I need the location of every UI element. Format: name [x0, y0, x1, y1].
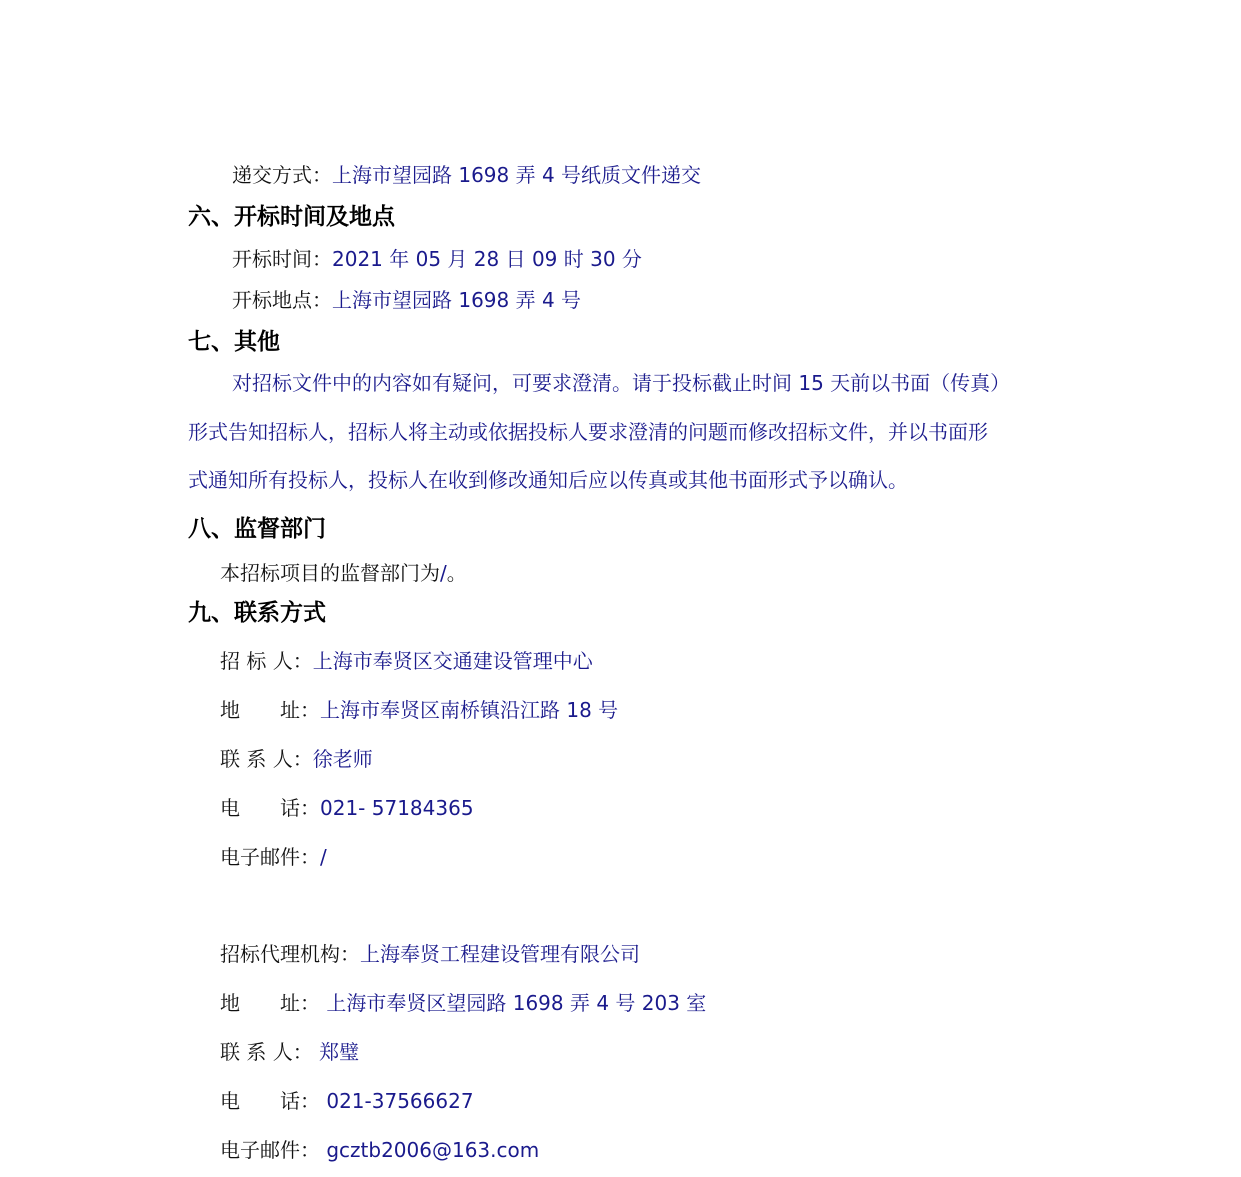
agency-contact-line: 联 系 人： 郑璧: [220, 1040, 359, 1064]
agency-email-label: 电子邮件：: [220, 1138, 320, 1162]
tenderer-contact-line: 联 系 人：徐老师: [220, 747, 373, 771]
section-9-heading: 九、联系方式: [188, 599, 326, 627]
tenderer-name-value: 上海市奉贤区交通建设管理中心: [313, 649, 593, 673]
agency-address-value: 上海市奉贤区望园路 1698 弄 4 号 203 室: [320, 991, 706, 1015]
tenderer-address-label: 地 址：: [220, 698, 320, 722]
tenderer-name-label: 招 标 人：: [220, 649, 313, 673]
submission-line: 递交方式：上海市望园路 1698 弄 4 号纸质文件递交: [232, 163, 701, 187]
tenderer-email-value: /: [320, 845, 327, 869]
tenderer-name-line: 招 标 人：上海市奉贤区交通建设管理中心: [220, 649, 593, 673]
tenderer-email-line: 电子邮件：/: [220, 845, 327, 869]
agency-email-line: 电子邮件： gcztb2006@163.com: [220, 1138, 539, 1162]
opening-place-line: 开标地点：上海市望园路 1698 弄 4 号: [232, 288, 581, 312]
agency-name-value: 上海奉贤工程建设管理有限公司: [360, 942, 640, 966]
submission-label: 递交方式：: [232, 163, 332, 187]
section-6-heading: 六、开标时间及地点: [188, 203, 395, 231]
supervision-line: 本招标项目的监督部门为/。: [220, 561, 467, 585]
section-7-paragraph-line-2: 形式告知招标人，招标人将主动或依据投标人要求澄清的问题而修改招标文件，并以书面形: [188, 420, 988, 444]
opening-time-line: 开标时间：2021 年 05 月 28 日 09 时 30 分: [232, 247, 642, 271]
submission-value: 上海市望园路 1698 弄 4 号纸质文件递交: [332, 163, 701, 187]
agency-name-line: 招标代理机构：上海奉贤工程建设管理有限公司: [220, 942, 640, 966]
tenderer-phone-label: 电 话：: [220, 796, 320, 820]
tenderer-address-value: 上海市奉贤区南桥镇沿江路 18 号: [320, 698, 618, 722]
opening-place-value: 上海市望园路 1698 弄 4 号: [332, 288, 581, 312]
agency-phone-line: 电 话： 021-37566627: [220, 1089, 474, 1113]
tenderer-phone-line: 电 话：021- 57184365: [220, 796, 474, 820]
supervision-suffix: 。: [447, 561, 467, 585]
supervision-value: /: [440, 561, 447, 585]
agency-contact-label: 联 系 人：: [220, 1040, 313, 1064]
opening-place-label: 开标地点：: [232, 288, 332, 312]
opening-time-label: 开标时间：: [232, 247, 332, 271]
section-7-heading: 七、其他: [188, 328, 280, 356]
opening-time-value: 2021 年 05 月 28 日 09 时 30 分: [332, 247, 642, 271]
agency-name-label: 招标代理机构：: [220, 942, 360, 966]
section-7-paragraph-line-1: 对招标文件中的内容如有疑问，可要求澄清。请于投标截止时间 15 天前以书面（传真…: [232, 371, 1010, 395]
tenderer-address-line: 地 址：上海市奉贤区南桥镇沿江路 18 号: [220, 698, 618, 722]
agency-address-label: 地 址：: [220, 991, 320, 1015]
agency-phone-label: 电 话：: [220, 1089, 320, 1113]
agency-address-line: 地 址： 上海市奉贤区望园路 1698 弄 4 号 203 室: [220, 991, 706, 1015]
section-7-paragraph-line-3: 式通知所有投标人，投标人在收到修改通知后应以传真或其他书面形式予以确认。: [188, 468, 908, 492]
agency-contact-value: 郑璧: [313, 1040, 359, 1064]
supervision-text: 本招标项目的监督部门为: [220, 561, 440, 585]
tenderer-email-label: 电子邮件：: [220, 845, 320, 869]
section-8-heading: 八、监督部门: [188, 515, 326, 543]
agency-phone-value: 021-37566627: [320, 1089, 474, 1113]
tenderer-contact-label: 联 系 人：: [220, 747, 313, 771]
agency-email-value[interactable]: gcztb2006@163.com: [320, 1138, 539, 1162]
tenderer-phone-value: 021- 57184365: [320, 796, 474, 820]
tenderer-contact-value: 徐老师: [313, 747, 373, 771]
